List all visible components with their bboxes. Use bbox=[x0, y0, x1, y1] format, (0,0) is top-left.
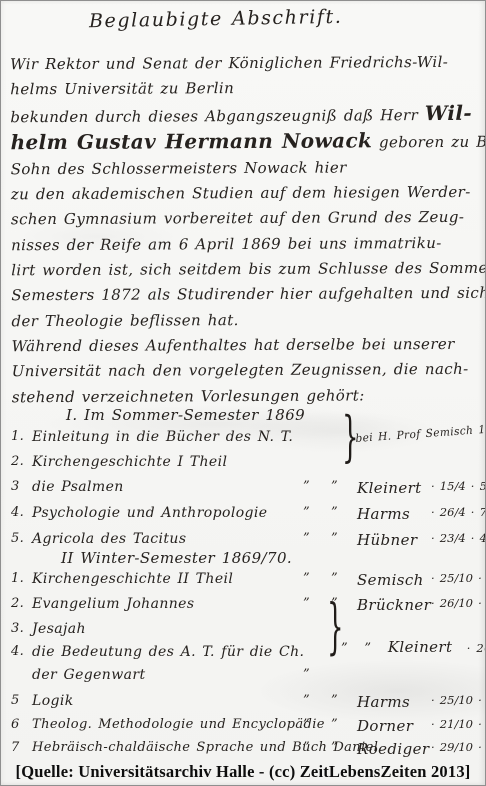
body-line: zu den akademischen Studien auf dem hies… bbox=[11, 180, 483, 208]
student-name-part: Wil- bbox=[425, 100, 472, 124]
course-number: 3. bbox=[11, 621, 29, 636]
course-number: 5. bbox=[11, 531, 29, 546]
course-title: Jesajah bbox=[32, 621, 86, 637]
body-line: Semesters 1872 als Studirender hier aufg… bbox=[11, 281, 483, 309]
course-dates: · 15/4 · 5/8 bbox=[431, 479, 486, 493]
course-number: 7 bbox=[11, 740, 29, 755]
course-number: 3 bbox=[11, 479, 29, 494]
course-dates: · 20/10 · 29/3 bbox=[467, 641, 486, 655]
lecturer-name: Hübner bbox=[357, 531, 417, 549]
body-line: Wir Rektor und Senat der Königlichen Fri… bbox=[10, 50, 482, 78]
ditto-mark: ” bbox=[331, 479, 338, 494]
course-title: Kirchengeschichte I Theil bbox=[32, 454, 227, 470]
scanned-document-page: Beglaubigte Abschrift. Wir Rektor und Se… bbox=[0, 0, 486, 786]
body-line: bekunden durch dieses Abgangszeugniß daß… bbox=[10, 100, 482, 128]
course-row: 3 die Psalmen ” ” Kleinert · 15/4 · 5/8 bbox=[11, 479, 483, 503]
body-line: Sohn des Schlossermeisters Nowack hier bbox=[11, 155, 483, 183]
lecturer-name: Brückner bbox=[357, 596, 431, 614]
lecturer-name: Kleinert bbox=[357, 479, 422, 497]
ditto-mark: ” bbox=[303, 505, 310, 520]
course-row-continuation: der Gegenwart ” bbox=[11, 667, 483, 691]
ditto-mark: ” bbox=[303, 596, 310, 611]
body-line: helms Universität zu Berlin bbox=[10, 75, 482, 103]
lecturer-name: Roediger bbox=[357, 740, 429, 758]
course-number: 4. bbox=[11, 644, 29, 659]
course-title: Evangelium Johannes bbox=[32, 596, 194, 612]
course-row: 4. Psychologie und Anthropologie ” ” Har… bbox=[11, 505, 483, 529]
body-line-name: helm Gustav Hermann Nowack geboren zu Be… bbox=[10, 126, 482, 157]
ditto-mark: ” bbox=[303, 531, 310, 546]
ditto-mark: ” bbox=[331, 740, 338, 755]
lecturer-name: Dorner bbox=[357, 717, 413, 735]
lecturer-name: Harms bbox=[357, 693, 410, 711]
body-line-text: bekunden durch dieses Abgangszeugniß daß… bbox=[10, 106, 424, 126]
body-line: der Theologie beflissen hat. bbox=[11, 306, 483, 334]
semester1-title: I. Im Sommer-Semester 1869 bbox=[66, 406, 305, 424]
course-number: 1. bbox=[11, 571, 29, 586]
semester2-title: II Winter-Semester 1869/70. bbox=[61, 549, 292, 567]
body-line: schen Gymnasium vorbereitet auf den Grun… bbox=[11, 205, 483, 233]
course-title: Theolog. Methodologie und Encyclopädie bbox=[32, 717, 325, 732]
body-line-text: geboren zu Berlin bbox=[372, 132, 486, 151]
lecturer-name: Harms bbox=[357, 505, 410, 523]
ditto-mark: ” bbox=[341, 641, 348, 656]
ditto-mark: ” bbox=[303, 740, 310, 755]
course-title: Hebräisch-chaldäische Sprache und Buch D… bbox=[32, 740, 378, 755]
body-line: Universität nach den vorgelegten Zeugnis… bbox=[12, 357, 484, 385]
course-dates: · 25/10 · 25/3 bbox=[431, 571, 486, 585]
course-number: 2. bbox=[11, 454, 29, 469]
course-row: 1. Kirchengeschichte II Theil ” ” Semisc… bbox=[11, 571, 483, 595]
ditto-mark: ” bbox=[303, 667, 310, 682]
ditto-mark: ” bbox=[303, 479, 310, 494]
ditto-mark: ” bbox=[303, 717, 310, 732]
course-title: die Psalmen bbox=[32, 479, 124, 495]
ditto-mark: ” bbox=[331, 693, 338, 708]
student-name: helm Gustav Hermann Nowack bbox=[10, 128, 372, 154]
course-title: Logik bbox=[32, 693, 74, 709]
course-title: Einleitung in die Bücher des N. T. bbox=[32, 429, 293, 445]
course-dates: · 29/10 · 7/3 bbox=[431, 740, 486, 754]
course-row: 7 Hebräisch-chaldäische Sprache und Buch… bbox=[11, 740, 483, 764]
ditto-mark: ” bbox=[331, 571, 338, 586]
course-title: die Bedeutung des A. T. für die Ch. bbox=[32, 644, 304, 660]
course-title-continuation: der Gegenwart bbox=[32, 667, 145, 683]
semester2-group-entry: ” ” Kleinert · 20/10 · 29/3 bbox=[341, 638, 486, 656]
source-caption: [Quelle: Universitätsarchiv Halle - (cc)… bbox=[1, 762, 485, 782]
ditto-mark: ” bbox=[364, 641, 371, 656]
course-number: 6 bbox=[11, 717, 29, 732]
course-number: 2. bbox=[11, 596, 29, 611]
course-title: Kirchengeschichte II Theil bbox=[32, 571, 233, 587]
course-list: I. Im Sommer-Semester 1869 1. Einleitung… bbox=[11, 401, 483, 761]
ditto-mark: ” bbox=[331, 531, 338, 546]
course-dates: · 26/4 · 7/8 bbox=[431, 505, 486, 519]
course-row: 2. Evangelium Johannes ” ” Brückner · 26… bbox=[11, 596, 483, 620]
document-body: Wir Rektor und Senat der Königlichen Fri… bbox=[10, 50, 484, 410]
body-line: nisses der Reife am 6 April 1869 bei uns… bbox=[11, 231, 483, 259]
course-number: 1. bbox=[11, 429, 29, 444]
ditto-mark: ” bbox=[303, 693, 310, 708]
course-dates: · 23/4 · 4/8 bbox=[431, 531, 486, 545]
course-row: 6 Theolog. Methodologie und Encyclopädie… bbox=[11, 717, 483, 741]
course-title: Psychologie und Anthropologie bbox=[32, 505, 267, 521]
ditto-mark: ” bbox=[303, 571, 310, 586]
course-number: 5 bbox=[11, 693, 29, 708]
course-dates: · 25/10 · 14/3 bbox=[431, 693, 486, 707]
ditto-mark: ” bbox=[331, 505, 338, 520]
body-line: lirt worden ist, sich seitdem bis zum Sc… bbox=[11, 256, 483, 284]
body-line: Während dieses Aufenthaltes hat derselbe… bbox=[12, 332, 484, 360]
course-title: Agricola des Tacitus bbox=[32, 531, 186, 547]
course-number: 4. bbox=[11, 505, 29, 520]
course-row: 2. Kirchengeschichte I Theil bbox=[11, 454, 483, 478]
document-heading: Beglaubigte Abschrift. bbox=[89, 6, 343, 32]
course-dates: · 21/10 · 30/3 bbox=[431, 717, 486, 731]
course-row: 5 Logik ” ” Harms · 25/10 · 14/3 bbox=[11, 693, 483, 717]
ditto-mark: ” bbox=[331, 717, 338, 732]
lecturer-name: Semisch bbox=[357, 571, 424, 589]
lecturer-name: Kleinert bbox=[388, 638, 453, 656]
course-dates: · 26/10 · 29/3 bbox=[431, 596, 486, 610]
